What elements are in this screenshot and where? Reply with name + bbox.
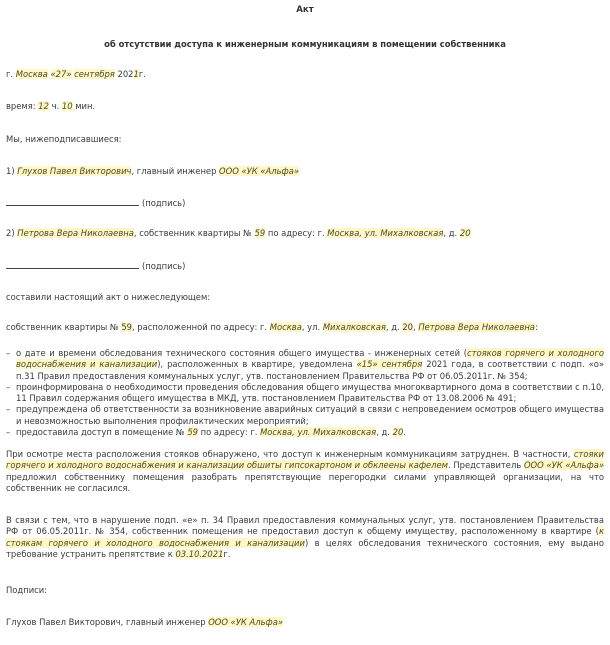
signatory-1: 1) Глухов Павел Викторович, главный инже… [6, 166, 299, 177]
month-field: сентября [74, 69, 115, 79]
signatory-2-name: Петрова Вера Николаевна [17, 228, 134, 238]
signature-blank [6, 260, 139, 269]
owner-line: собственник квартиры № 59, расположенной… [6, 322, 538, 333]
list-item: предупреждена об ответственности за возн… [6, 404, 604, 427]
final-signatory: Глухов Павел Викторович, главный инженер… [6, 617, 283, 628]
day-field: «27» [51, 69, 72, 79]
list-item: о дате и времени обследования техническо… [6, 348, 604, 382]
signature-2-line: (подпись) [6, 260, 185, 272]
inspection-paragraph: При осмотре места расположения стояков о… [6, 449, 604, 494]
bullet-list: о дате и времени обследования техническо… [6, 348, 604, 438]
violation-paragraph: В связи с тем, что в нарушение подп. «е»… [6, 515, 604, 560]
document-title: Акт [0, 5, 610, 16]
statement-line: составили настоящий акт о нижеследующем: [6, 292, 210, 303]
city-field: Москва [16, 69, 48, 79]
signatory-1-org: ООО «УК «Альфа» [219, 166, 299, 176]
signatory-2: 2) Петрова Вера Николаевна, собственник … [6, 228, 471, 239]
signature-blank [6, 197, 139, 206]
document-subtitle: об отсутствии доступа к инженерным комму… [0, 39, 610, 50]
hours-field: 12 [38, 101, 49, 111]
intro-line: Мы, нижеподписавшиеся: [6, 134, 121, 145]
list-item: проинформирована о необходимости проведе… [6, 382, 604, 405]
signatory-1-name: Глухов Павел Викторович [17, 166, 131, 176]
signatures-label: Подписи: [6, 585, 47, 596]
place-date-line: г. Москва «27» сентября 2021г. [6, 69, 146, 80]
signature-1-line: (подпись) [6, 197, 185, 209]
list-item: предоставила доступ в помещение № 59 по … [6, 427, 604, 438]
time-line: время: 12 ч. 10 мин. [6, 101, 95, 112]
minutes-field: 10 [62, 101, 73, 111]
